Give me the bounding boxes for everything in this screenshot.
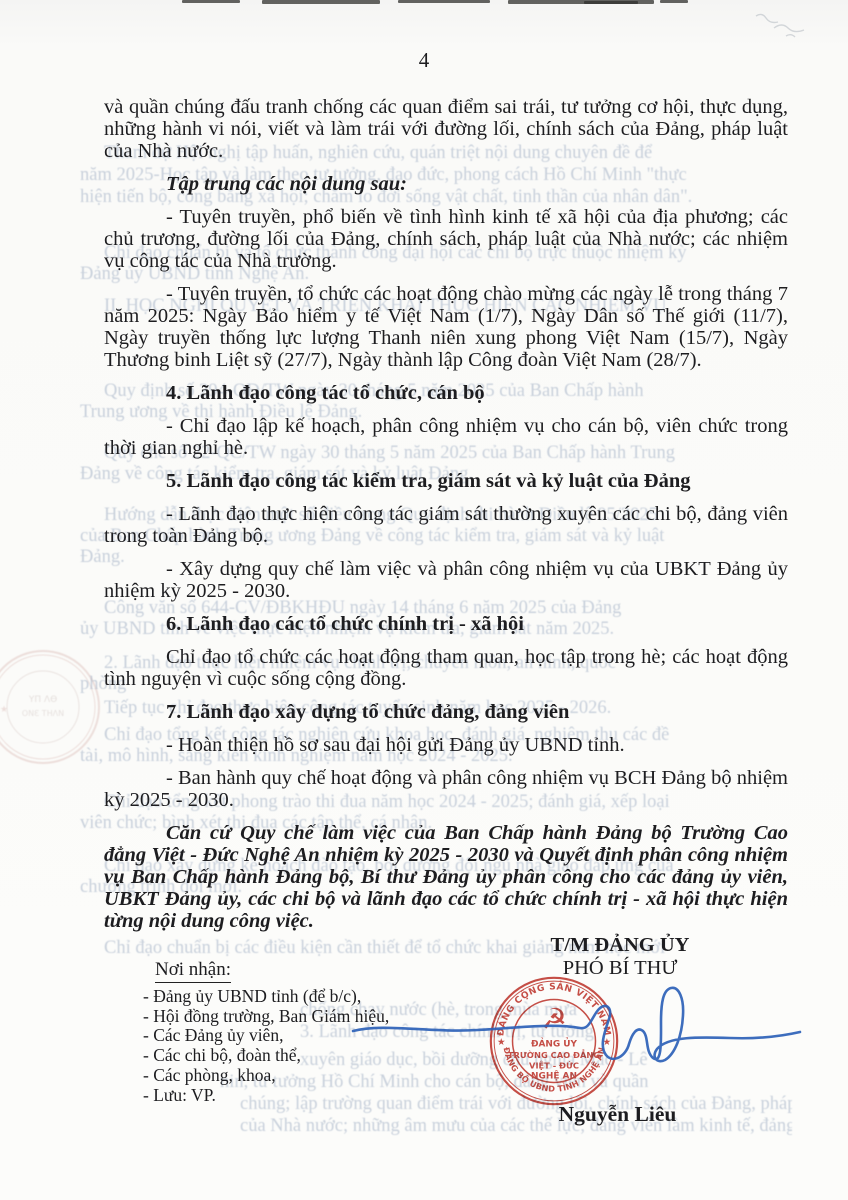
paragraph: Chỉ đạo tổ chức các hoạt động tham quan,… <box>104 646 788 690</box>
recipient-item: - Các chi bộ, đoàn thể, <box>143 1046 389 1066</box>
hammer-and-sickle-icon: ☭ <box>541 1005 566 1036</box>
signer-name: Nguyễn Liêu <box>505 1102 730 1127</box>
paragraph: - Tuyên truyền, tổ chức các hoạt động ch… <box>104 283 788 371</box>
signature-heading: T/M ĐẢNG ỦY PHÓ BÍ THƯ <box>500 934 740 980</box>
recipients-block: Nơi nhận: - Đảng ủy UBND tỉnh (để b/c),-… <box>143 959 389 1105</box>
section-heading: 7. Lãnh đạo xây dựng tổ chức đảng, đảng … <box>104 701 788 723</box>
recipient-item: - Lưu: VP. <box>143 1086 389 1106</box>
stamp-center-line: VIỆT - ĐỨC <box>529 1059 579 1070</box>
recipient-item: - Các Đảng ủy viên, <box>143 1026 389 1046</box>
paragraph: - Chỉ đạo lập kế hoạch, phân công nhiệm … <box>104 415 788 459</box>
scanned-document-page: ӨΛ ΠΥ ИΛΗΤ ЗИΟ ★ Tham dự Hội nghị tập hu… <box>0 0 848 1200</box>
recipient-item: - Các phòng, khoa, <box>143 1066 389 1086</box>
section-heading: 6. Lãnh đạo các tổ chức chính trị - xã h… <box>104 613 788 635</box>
stamp-center-line: ĐẢNG ỦY <box>531 1037 578 1050</box>
signing-authority: T/M ĐẢNG ỦY <box>500 934 740 957</box>
paragraph: - Xây dựng quy chế làm việc và phân công… <box>104 558 788 602</box>
official-stamp: ĐẢNG CỘNG SẢN VIỆT NAM ĐẢNG BỘ UBND TỈNH… <box>488 975 620 1107</box>
page-number: 4 <box>0 48 848 73</box>
recipient-item: - Hội đồng trường, Ban Giám hiệu, <box>143 1007 389 1027</box>
stamp-star-left-icon: ★ <box>497 1038 505 1048</box>
recipient-item: - Đảng ủy UBND tỉnh (để b/c), <box>143 987 389 1007</box>
paragraph: - Lãnh đạo thực hiện công tác giám sát t… <box>104 503 788 547</box>
paragraph: Tập trung các nội dung sau: <box>104 173 788 195</box>
section-heading: 4. Lãnh đạo công tác tổ chức, cán bộ <box>104 382 788 404</box>
paragraph: - Tuyên truyền, phổ biến về tình hình ki… <box>104 206 788 272</box>
section-heading: 5. Lãnh đạo công tác kiểm tra, giám sát … <box>104 470 788 492</box>
recipients-label: Nơi nhận: <box>155 959 231 983</box>
document-body: và quần chúng đấu tranh chống các quan đ… <box>104 96 788 943</box>
paragraph: Căn cứ Quy chế làm việc của Ban Chấp hàn… <box>104 822 788 932</box>
paragraph: và quần chúng đấu tranh chống các quan đ… <box>104 96 788 162</box>
stamp-center-line: NGHỆ AN <box>531 1071 577 1082</box>
stamp-star-right-icon: ★ <box>603 1038 611 1048</box>
paragraph: - Ban hành quy chế hoạt động và phân côn… <box>104 767 788 811</box>
paragraph: - Hoàn thiện hồ sơ sau đại hội gửi Đảng … <box>104 734 788 756</box>
stamp-center-line: TRƯỜNG CAO ĐẲNG <box>508 1048 600 1060</box>
recipients-list: - Đảng ủy UBND tỉnh (để b/c),- Hội đồng … <box>143 987 389 1105</box>
